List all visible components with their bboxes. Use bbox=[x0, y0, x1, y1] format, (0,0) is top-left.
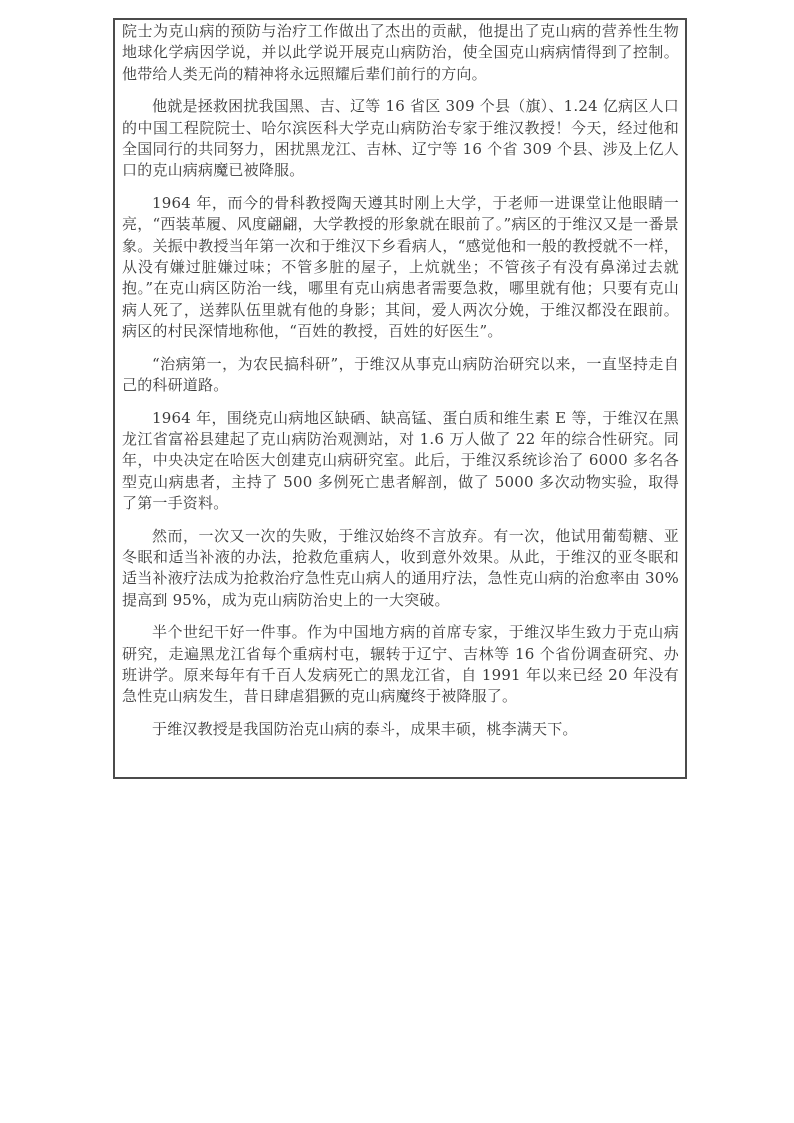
paragraph-5: 1964 年，围绕克山病地区缺硒、缺高锰、蛋白质和维生素 E 等，于维汉在黑龙江… bbox=[122, 408, 679, 515]
paragraph-1: 院士为克山病的预防与治疗工作做出了杰出的贡献，他提出了克山病的营养性生物地球化学… bbox=[122, 21, 679, 85]
paragraph-3: 1964 年，而今的骨科教授陶天遵其时刚上大学，于老师一进课堂让他眼睛一亮，“西… bbox=[122, 193, 679, 343]
paragraph-8: 于维汉教授是我国防治克山病的泰斗，成果丰硕，桃李满天下。 bbox=[122, 719, 679, 740]
paragraph-7: 半个世纪干好一件事。作为中国地方病的首席专家，于维汉毕生致力于克山病研究，走遍黑… bbox=[122, 622, 679, 708]
paragraph-4: “治病第一，为农民搞科研”，于维汉从事克山病防治研究以来，一直坚持走自己的科研道… bbox=[122, 354, 679, 397]
paragraph-2: 他就是拯救困扰我国黑、吉、辽等 16 省区 309 个县（旗）、1.24 亿病区… bbox=[122, 96, 679, 182]
document-page: 院士为克山病的预防与治疗工作做出了杰出的贡献，他提出了克山病的营养性生物地球化学… bbox=[0, 0, 794, 1123]
paragraph-6: 然而，一次又一次的失败，于维汉始终不言放弃。有一次，他试用葡萄糖、亚冬眠和适当补… bbox=[122, 526, 679, 612]
text-border-frame: 院士为克山病的预防与治疗工作做出了杰出的贡献，他提出了克山病的营养性生物地球化学… bbox=[113, 18, 687, 779]
